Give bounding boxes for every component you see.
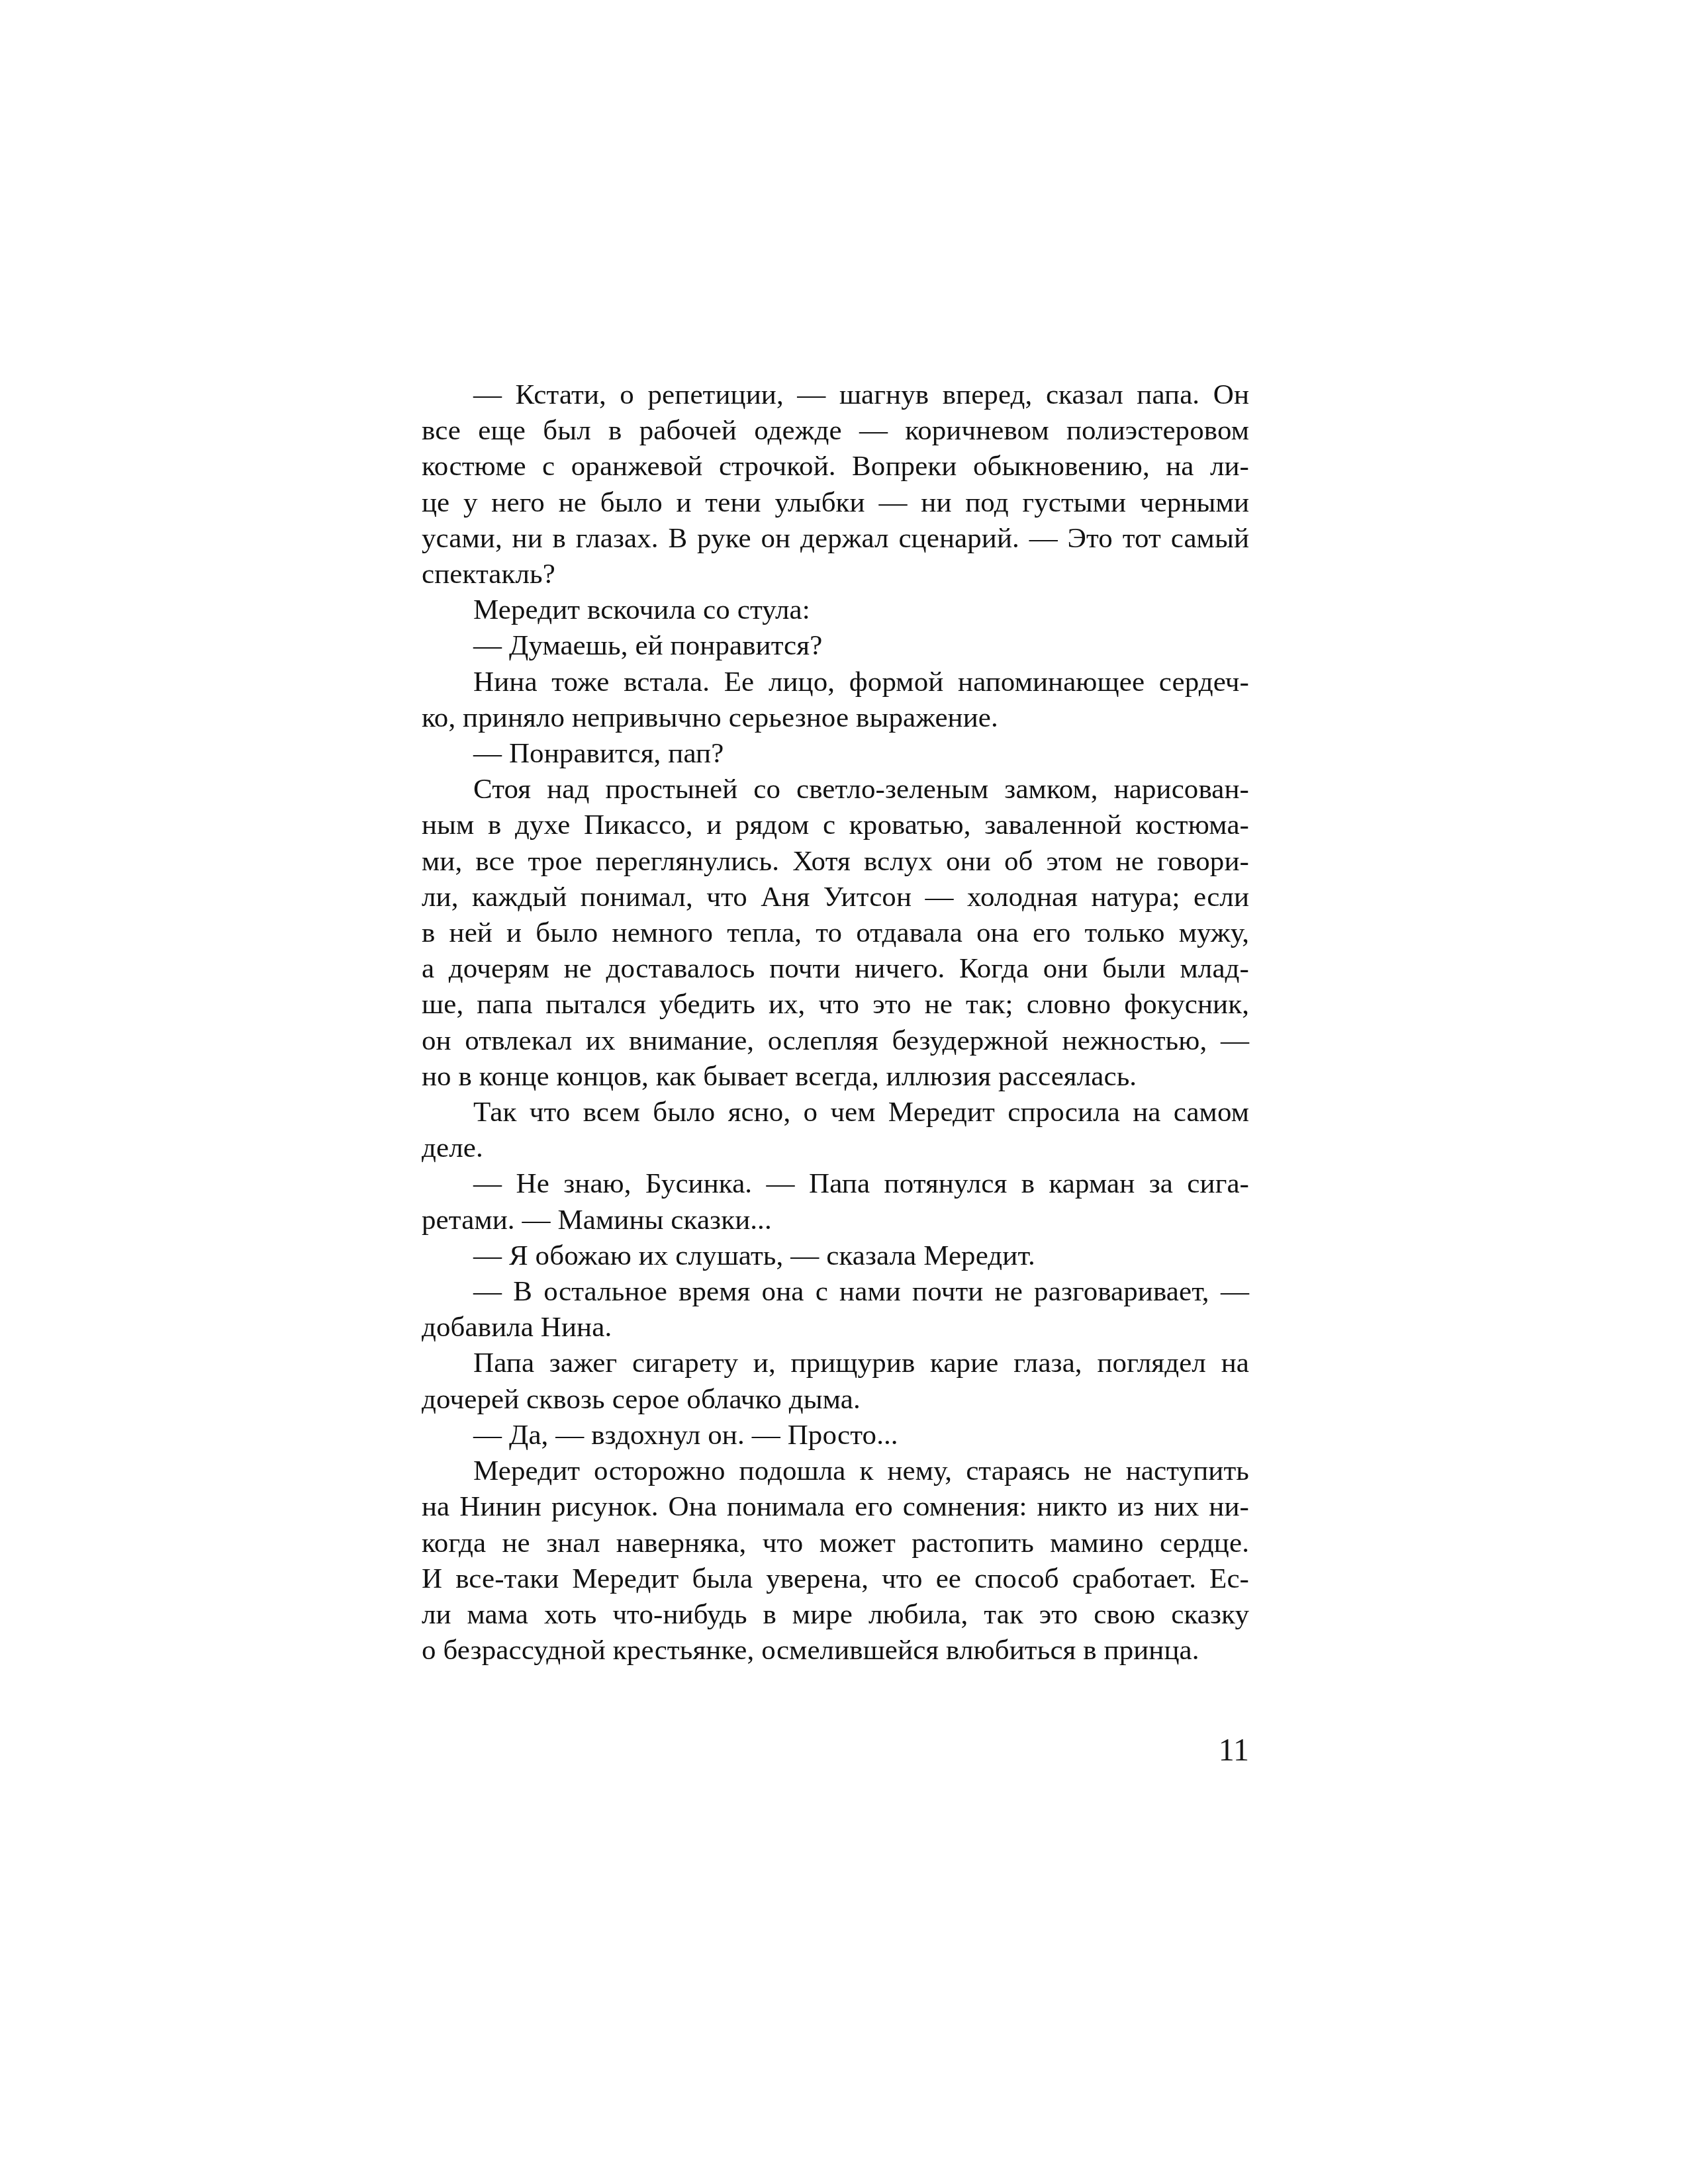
page-number: 11 xyxy=(422,1734,1249,1767)
text-line: ретами. — Мамины сказки... xyxy=(422,1203,1249,1238)
text-line: Папа зажег сигарету и, прищурив карие гл… xyxy=(422,1345,1249,1381)
text-line: спектакль? xyxy=(422,557,1249,592)
text-line: — Кстати, о репетиции, — шагнув вперед, … xyxy=(422,377,1249,413)
text-line: добавила Нина. xyxy=(422,1310,1249,1345)
text-line: Мередит осторожно подошла к нему, старая… xyxy=(422,1453,1249,1489)
text-line: ным в духе Пикассо, и рядом с кроватью, … xyxy=(422,807,1249,843)
text-line: усами, ни в глазах. В руке он держал сце… xyxy=(422,521,1249,557)
text-line: дочерей сквозь серое облачко дыма. xyxy=(422,1382,1249,1418)
text-line: все еще был в рабочей одежде — коричнево… xyxy=(422,413,1249,449)
text-line: Нина тоже встала. Ее лицо, формой напоми… xyxy=(422,664,1249,700)
text-line: — Понравится, пап? xyxy=(422,736,1249,772)
text-line: но в конце концов, как бывает всегда, ил… xyxy=(422,1059,1249,1095)
text-line: — Да, — вздохнул он. — Просто... xyxy=(422,1418,1249,1453)
text-line: ко, приняло непривычно серьезное выражен… xyxy=(422,700,1249,736)
text-line: он отвлекал их внимание, ослепляя безуде… xyxy=(422,1023,1249,1059)
text-line: ли мама хоть что-нибудь в мире любила, т… xyxy=(422,1597,1249,1633)
text-line: Так что всем было ясно, о чем Мередит сп… xyxy=(422,1095,1249,1130)
text-line: на Нинин рисунок. Она понимала его сомне… xyxy=(422,1489,1249,1525)
text-line: в ней и было немного тепла, то отдавала … xyxy=(422,915,1249,951)
text-line: деле. xyxy=(422,1130,1249,1166)
text-line: це у него не было и тени улыбки — ни под… xyxy=(422,485,1249,521)
text-line: ше, папа пытался убедить их, что это не … xyxy=(422,987,1249,1023)
text-line: — Я обожаю их слушать, — сказала Мередит… xyxy=(422,1238,1249,1274)
text-line: — Не знаю, Бусинка. — Папа потянулся в к… xyxy=(422,1166,1249,1202)
text-line: И все-таки Мередит была уверена, что ее … xyxy=(422,1561,1249,1597)
text-line: — Думаешь, ей понравится? xyxy=(422,628,1249,664)
book-page: — Кстати, о репетиции, — шагнув вперед, … xyxy=(0,0,1688,2184)
page-text: — Кстати, о репетиции, — шагнув вперед, … xyxy=(422,377,1249,1668)
text-line: костюме с оранжевой строчкой. Вопреки об… xyxy=(422,449,1249,484)
text-line: ли, каждый понимал, что Аня Уитсон — хол… xyxy=(422,880,1249,915)
text-line: о безрассудной крестьянке, осмелившейся … xyxy=(422,1633,1249,1668)
text-line: а дочерям не доставалось почти ничего. К… xyxy=(422,951,1249,987)
text-line: Мередит вскочила со стула: xyxy=(422,592,1249,628)
text-line: Стоя над простыней со светло-зеленым зам… xyxy=(422,772,1249,807)
text-line: ми, все трое переглянулись. Хотя вслух о… xyxy=(422,844,1249,880)
text-line: — В остальное время она с нами почти не … xyxy=(422,1274,1249,1310)
text-line: когда не знал наверняка, что может расто… xyxy=(422,1525,1249,1561)
